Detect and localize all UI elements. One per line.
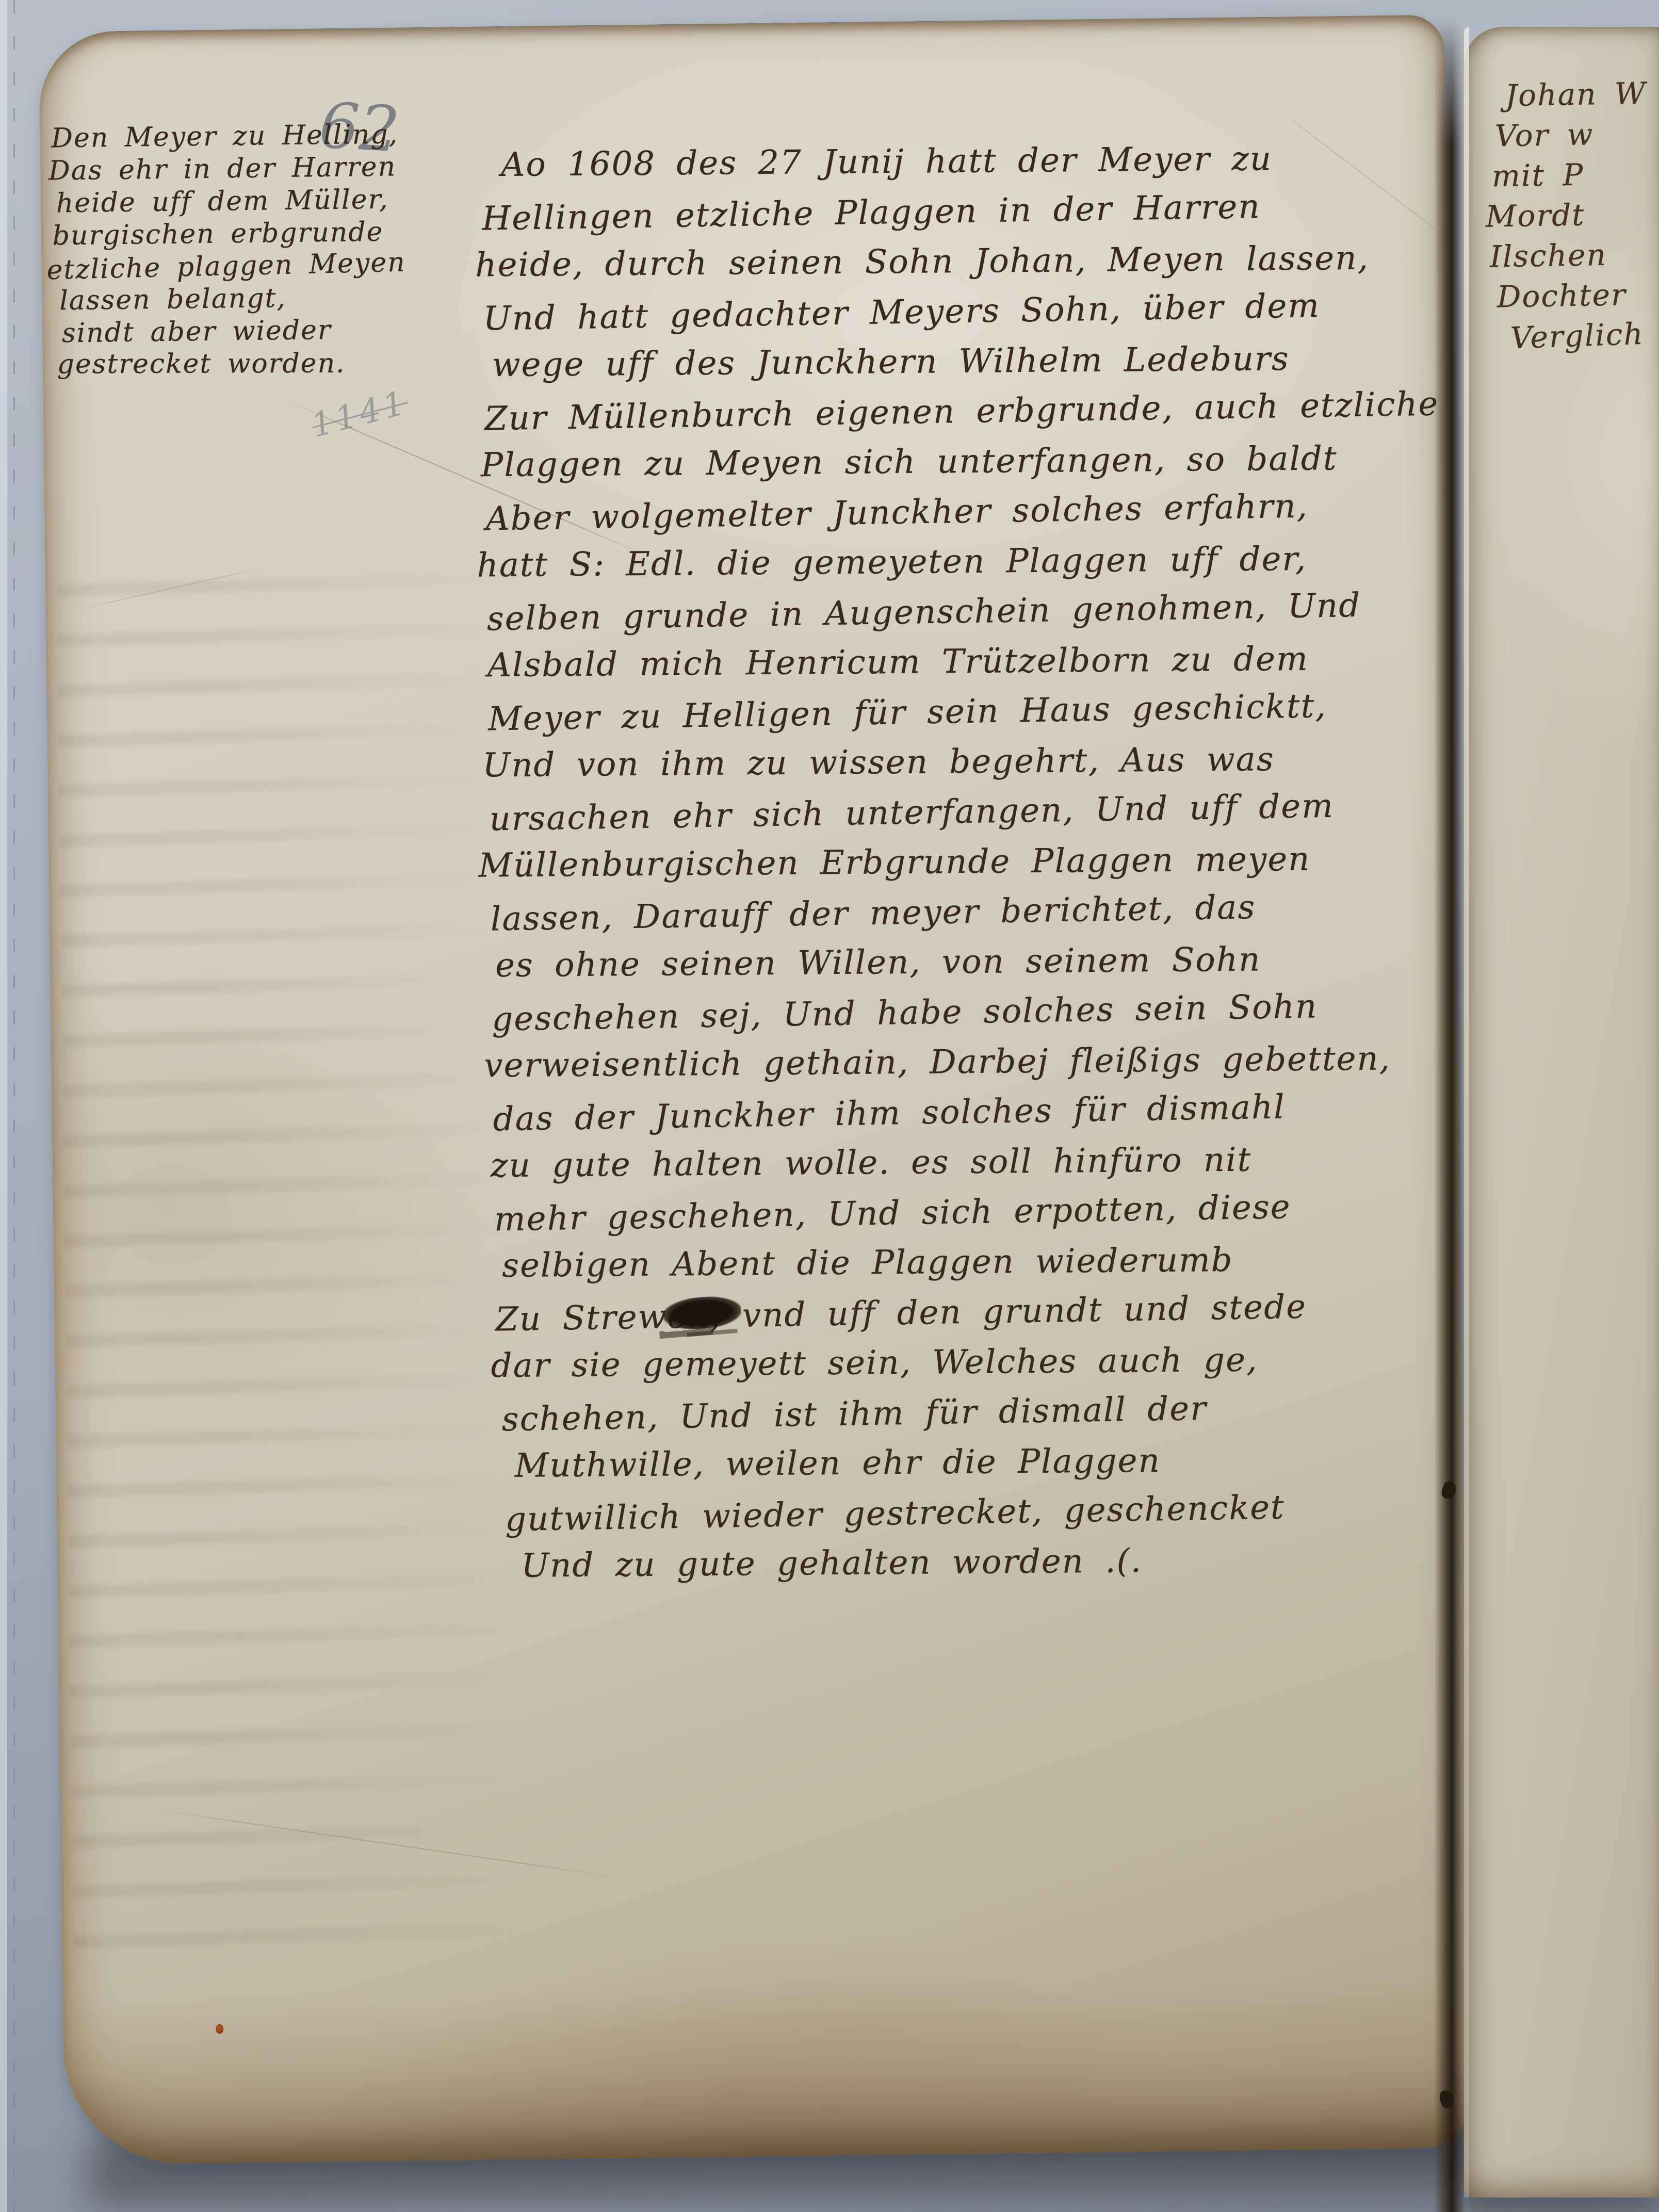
margin-note-line: Den Meyer zu Helling, xyxy=(51,118,404,155)
manuscript-left-page: 62 1141 Den Meyer zu Helling,Das ehr in … xyxy=(39,15,1470,2165)
right-page-text-line: Vor w xyxy=(1494,113,1647,156)
binding-gap xyxy=(1434,14,1465,2212)
margin-note-line: gestrecket worden. xyxy=(57,347,407,381)
bottom-edge-stain xyxy=(62,1980,1470,2165)
main-text: Ao 1608 des 27 Junij hatt der Meyer zuHe… xyxy=(481,131,1454,1593)
right-page-text-line: Ilschen xyxy=(1489,234,1647,276)
ink-blot xyxy=(662,1294,743,1332)
pencil-crossed-number: 1141 xyxy=(307,383,412,445)
backdrop-edge-highlight xyxy=(0,0,7,2212)
backdrop-crease xyxy=(13,0,15,2212)
right-page-text-line: Dochter xyxy=(1497,274,1647,317)
right-page-text-line: Mordt xyxy=(1485,193,1647,236)
binding-stitch xyxy=(1440,1480,1458,1501)
margin-note: Den Meyer zu Helling,Das ehr in der Harr… xyxy=(51,118,407,382)
wax-spot xyxy=(216,2024,223,2034)
main-text-line: Und zu gute gehalten worden .(. xyxy=(521,1534,1453,1591)
margin-note-line: heide uff dem Müller, xyxy=(56,183,405,220)
photo-backdrop: 62 1141 Den Meyer zu Helling,Das ehr in … xyxy=(0,0,1659,2212)
right-page-text: Johan WVor wmit PMordtIlschenDochterVerg… xyxy=(1486,74,1647,356)
right-page-text-line: Verglich xyxy=(1510,313,1647,358)
margin-note-line: Das ehr in der Harren xyxy=(48,151,405,187)
binding-stitch xyxy=(1439,2089,1456,2109)
margin-note-line: sindt aber wieder xyxy=(62,313,407,350)
manuscript-right-page: Johan WVor wmit PMordtIlschenDochterVerg… xyxy=(1464,27,1659,2198)
margin-note-line: lassen belangt, xyxy=(59,281,406,317)
right-page-text-line: mit P xyxy=(1491,153,1647,196)
margin-note-line: burgischen erbgrunde xyxy=(52,216,405,252)
right-page-text-line: Johan W xyxy=(1505,73,1647,116)
